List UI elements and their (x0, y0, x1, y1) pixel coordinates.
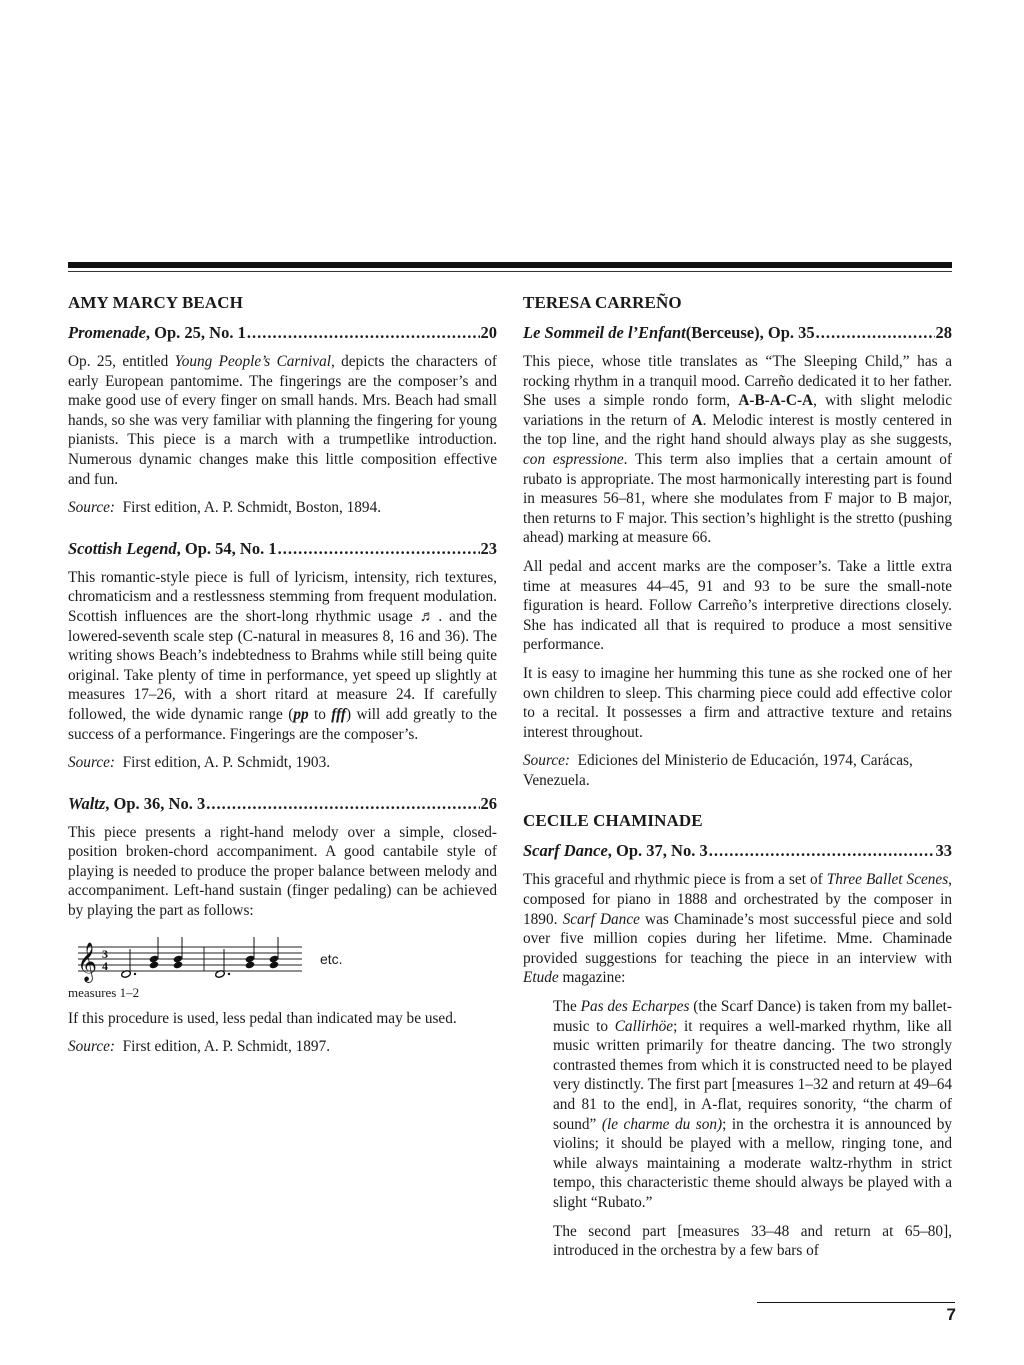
source-text: First edition, A. P. Schmidt, 1897. (123, 1038, 330, 1055)
dot-leader (709, 840, 935, 862)
piece-opus: , Op. 37, No. 3 (608, 840, 708, 862)
composer-heading: AMY MARCY BEACH (68, 292, 497, 314)
composer-heading: CECILE CHAMINADE (523, 810, 952, 832)
piece-title: Scottish Legend (68, 538, 177, 560)
music-staff-icon: 𝄞 3 4 (74, 935, 306, 983)
dot-leader (206, 793, 479, 815)
dot-leader (816, 322, 935, 344)
page-reference: 26 (481, 793, 498, 815)
paragraph: This romantic-style piece is full of lyr… (68, 568, 497, 744)
source-label: Source: (523, 752, 570, 769)
svg-text:𝄞: 𝄞 (77, 942, 97, 983)
source-text: First edition, A. P. Schmidt, Boston, 18… (123, 499, 381, 516)
composer-heading: TERESA CARREÑO (523, 292, 952, 314)
top-rule (68, 262, 952, 268)
footer-rule (757, 1302, 955, 1303)
piece-heading: Le Sommeil de l’Enfant (Berceuse), Op. 3… (523, 322, 952, 344)
source-line: Source: First edition, A. P. Schmidt, 19… (68, 753, 497, 773)
paragraph: This piece, whose title translates as “T… (523, 352, 952, 548)
piece-title: Le Sommeil de l’Enfant (523, 322, 686, 344)
paragraph: This graceful and rhythmic piece is from… (523, 870, 952, 988)
dot-leader (278, 538, 480, 560)
right-column: TERESA CARREÑO Le Sommeil de l’Enfant (B… (523, 286, 952, 1270)
page-number: 7 (947, 1305, 956, 1325)
page-reference: 20 (481, 322, 498, 344)
piece-opus: , Op. 36, No. 3 (105, 793, 205, 815)
paragraph: It is easy to imagine her humming this t… (523, 664, 952, 742)
page-reference: 28 (936, 322, 953, 344)
piece-opus: , Op. 25, No. 1 (146, 322, 246, 344)
left-column: AMY MARCY BEACH Promenade , Op. 25, No. … (68, 286, 497, 1077)
piece-heading: Promenade , Op. 25, No. 1 20 (68, 322, 497, 344)
piece-heading: Scarf Dance , Op. 37, No. 3 33 (523, 840, 952, 862)
paragraph: All pedal and accent marks are the compo… (523, 557, 952, 655)
quote-paragraph: The second part [measures 33–48 and retu… (553, 1222, 952, 1261)
block-quote: The Pas des Echarpes (the Scarf Dance) i… (553, 997, 952, 1261)
piece-opus: (Berceuse), Op. 35 (686, 322, 815, 344)
paragraph: If this procedure is used, less pedal th… (68, 1009, 497, 1029)
piece-heading: Waltz , Op. 36, No. 3 26 (68, 793, 497, 815)
music-example-caption: measures 1–2 (68, 985, 497, 1001)
piece-title: Promenade (68, 322, 146, 344)
top-rule-thin (68, 271, 952, 272)
source-label: Source: (68, 754, 115, 771)
piece-title: Waltz (68, 793, 105, 815)
source-line: Source: First edition, A. P. Schmidt, 18… (68, 1037, 497, 1057)
music-example: 𝄞 3 4 etc. (74, 935, 497, 983)
quote-paragraph: The Pas des Echarpes (the Scarf Dance) i… (553, 997, 952, 1213)
rhythm-note-icon: ♬ (420, 608, 439, 625)
source-text: First edition, A. P. Schmidt, 1903. (123, 754, 330, 771)
source-label: Source: (68, 499, 115, 516)
svg-text:4: 4 (102, 959, 108, 973)
piece-opus: , Op. 54, No. 1 (177, 538, 277, 560)
dot-leader (247, 322, 480, 344)
source-text: Ediciones del Ministerio de Educación, 1… (523, 752, 913, 789)
page-reference: 33 (936, 840, 953, 862)
piece-heading: Scottish Legend , Op. 54, No. 1 23 (68, 538, 497, 560)
source-line: Source: First edition, A. P. Schmidt, Bo… (68, 498, 497, 518)
page-reference: 23 (481, 538, 498, 560)
etc-label: etc. (320, 951, 343, 967)
paragraph: Op. 25, entitled Young People’s Carnival… (68, 352, 497, 489)
source-label: Source: (68, 1038, 115, 1055)
piece-title: Scarf Dance (523, 840, 608, 862)
source-line: Source: Ediciones del Ministerio de Educ… (523, 751, 952, 790)
paragraph: This piece presents a right-hand melody … (68, 823, 497, 921)
